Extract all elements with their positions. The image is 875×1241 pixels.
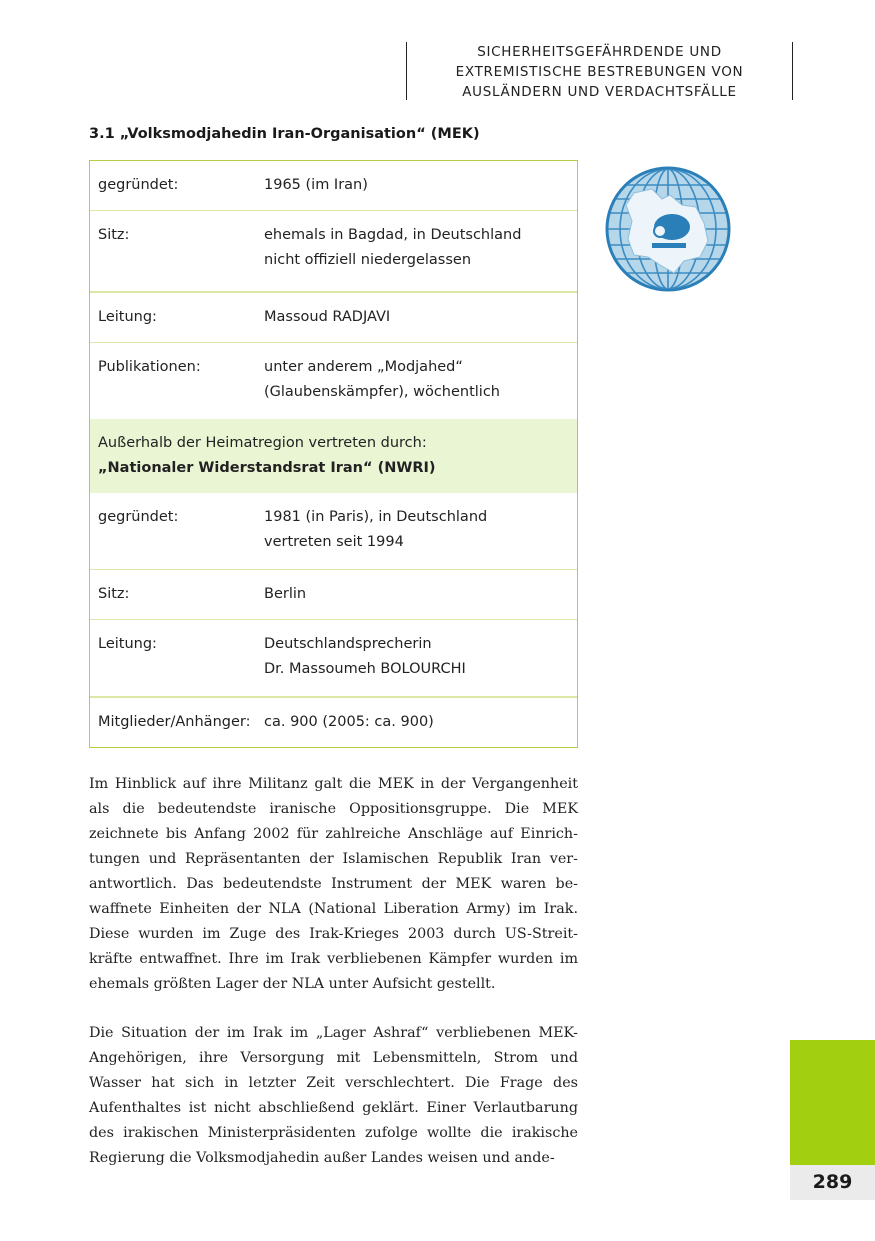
profile-row-nwri-leadership: Leitung: DeutschlandsprecherinDr. Massou… — [90, 619, 577, 696]
profile-row-founded: gegründet: 1965 (im Iran) — [90, 161, 577, 210]
header-line-3: AUSLÄNDERN UND VERDACHTSFÄLLE — [407, 82, 792, 102]
profile-row-leadership: Leitung: Massoud RADJAVI — [90, 291, 577, 342]
row-label: Sitz: — [98, 223, 264, 273]
row-label: gegründet: — [98, 505, 264, 555]
profile-row-nwri-seat: Sitz: Berlin — [90, 569, 577, 619]
header-line-1: SICHERHEITSGEFÄHRDENDE UND — [407, 42, 792, 62]
row-label: Publikationen: — [98, 355, 264, 405]
row-label: Mitglieder/Anhänger: — [98, 710, 264, 735]
profile-row-publications: Publikationen: unter anderem „Modjahed“(… — [90, 342, 577, 419]
page-number: 289 — [790, 1165, 875, 1200]
profile-row-seat: Sitz: ehemals in Bagdad, in Deutschlandn… — [90, 210, 577, 291]
profile-row-nwri-founded: gegründet: 1981 (in Paris), in Deutschla… — [90, 493, 577, 569]
highlight-intro: Außerhalb der Heimatregion vertreten dur… — [98, 431, 569, 456]
row-value: unter anderem „Modjahed“(Glaubenskämpfer… — [264, 355, 569, 405]
organization-profile-table: gegründet: 1965 (im Iran) Sitz: ehemals … — [89, 160, 578, 748]
section-title: 3.1 „Volksmodjahedin Iran-Organisation“ … — [89, 126, 480, 142]
mek-emblem-icon — [604, 165, 732, 293]
row-label: Leitung: — [98, 632, 264, 682]
row-value: ehemals in Bagdad, in Deutschlandnicht o… — [264, 223, 569, 273]
row-label: gegründet: — [98, 173, 264, 198]
running-header: SICHERHEITSGEFÄHRDENDE UND EXTREMISTISCH… — [406, 42, 793, 100]
row-label: Leitung: — [98, 305, 264, 330]
row-value: Berlin — [264, 582, 569, 607]
body-paragraph-1: Im Hinblick auf ihre Militanz galt die M… — [89, 772, 578, 997]
profile-row-members: Mitglieder/Anhänger: ca. 900 (2005: ca. … — [90, 696, 577, 747]
representation-highlight: Außerhalb der Heimatregion vertreten dur… — [90, 419, 577, 493]
header-line-2: EXTREMISTISCHE BESTREBUNGEN VON — [407, 62, 792, 82]
row-value: 1981 (in Paris), in Deutschlandvertreten… — [264, 505, 569, 555]
row-value: DeutschlandsprecherinDr. Massoumeh BOLOU… — [264, 632, 569, 682]
row-value: 1965 (im Iran) — [264, 173, 569, 198]
row-label: Sitz: — [98, 582, 264, 607]
highlight-org-name: „Nationaler Widerstandsrat Iran“ (NWRI) — [98, 456, 569, 481]
chapter-tab-marker — [790, 1040, 875, 1165]
row-value: ca. 900 (2005: ca. 900) — [264, 710, 569, 735]
body-paragraph-2: Die Situation der im Irak im „Lager Ashr… — [89, 1021, 578, 1171]
row-value: Massoud RADJAVI — [264, 305, 569, 330]
